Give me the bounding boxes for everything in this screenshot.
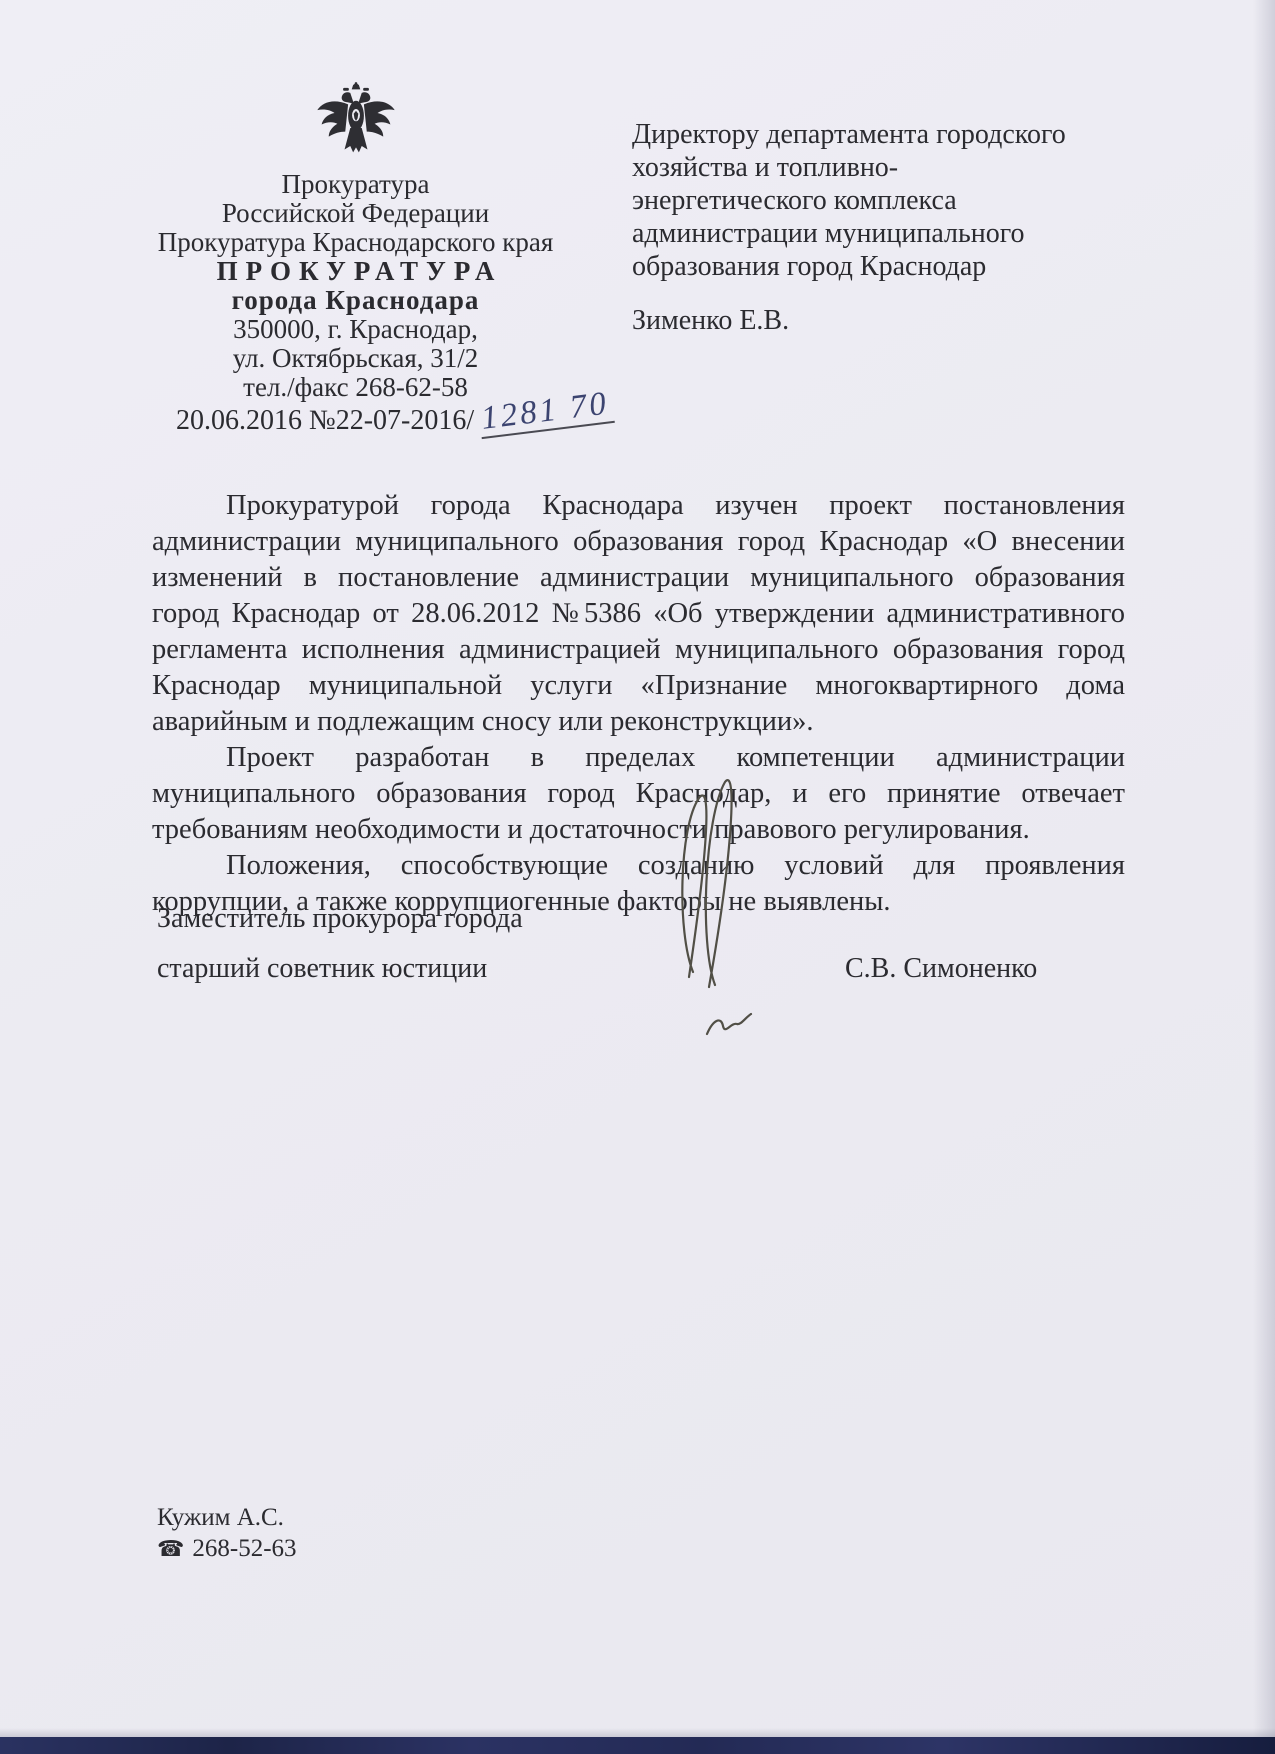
- executor-name: Кужим А.С.: [157, 1502, 297, 1533]
- letterhead-address-2: ул. Октябрьская, 31/2: [128, 344, 583, 373]
- signer-position-line-1: Заместитель прокурора города: [157, 903, 523, 935]
- scanned-letter-page: Прокуратура Российской Федерации Прокура…: [0, 0, 1275, 1754]
- executor-phone-line: ☎268-52-63: [157, 1533, 297, 1565]
- scan-right-edge-shadow: [1253, 0, 1275, 1754]
- body-paragraph: Прокуратурой города Краснодара изучен пр…: [152, 488, 1125, 740]
- signature-ink: [615, 772, 805, 1072]
- russia-coat-of-arms-icon: [313, 72, 399, 164]
- letterhead-org-city: города Краснодара: [128, 286, 583, 315]
- telephone-icon: ☎: [157, 1537, 184, 1562]
- signer-name: С.В. Симоненко: [845, 953, 1037, 985]
- letterhead-line-2: Российской Федерации: [128, 199, 583, 228]
- letterhead-org-caps: ПРОКУРАТУРА: [128, 257, 583, 286]
- executor-block: Кужим А.С. ☎268-52-63: [157, 1502, 297, 1565]
- recipient-address: Директору департамента городского хозяйс…: [632, 118, 1080, 283]
- recipient-block: Директору департамента городского хозяйс…: [632, 118, 1080, 337]
- letter-ref-line: 20.06.2016 №22-07-2016/1281 70: [128, 405, 583, 435]
- executor-phone-number: 268-52-63: [192, 1535, 296, 1562]
- scanner-edge-strip: [0, 1737, 1275, 1754]
- letter-ref-printed: 20.06.2016 №22-07-2016/: [176, 405, 474, 436]
- signer-position-line-2: старший советник юстиции: [157, 953, 487, 985]
- scan-bottom-edge-fade: [0, 1728, 1275, 1737]
- letterhead-line-1: Прокуратура: [128, 170, 583, 199]
- letterhead-line-3: Прокуратура Краснодарского края: [128, 228, 583, 257]
- recipient-name: Зименко Е.В.: [632, 304, 1080, 337]
- letterhead: Прокуратура Российской Федерации Прокура…: [128, 72, 583, 435]
- letterhead-address-1: 350000, г. Краснодар,: [128, 315, 583, 344]
